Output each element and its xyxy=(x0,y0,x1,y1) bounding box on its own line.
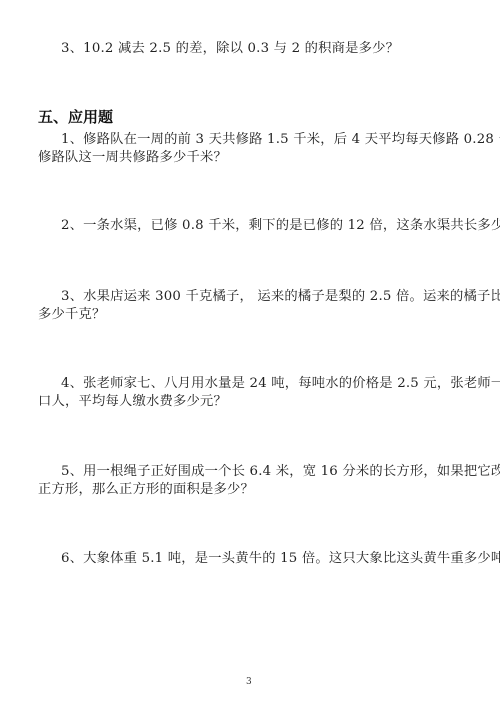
question-5-line-2: 正方形，那么正方形的面积是多少？ xyxy=(38,481,254,499)
question-3-line-1: 3、水果店运来 300 千克橘子， 运来的橘子是梨的 2.5 倍。运来的橘子比梨… xyxy=(61,288,500,306)
question-6-line-1: 6、大象体重 5.1 吨，是一头黄牛的 15 倍。这只大象比这头黄牛重多少吨？ xyxy=(61,550,500,568)
section-title: 五、应用题 xyxy=(38,106,113,127)
prev-question-3: 3、10.2 减去 2.5 的差，除以 0.3 与 2 的积商是多少？ xyxy=(61,40,399,58)
question-1-line-1: 1、修路队在一周的前 3 天共修路 1.5 千米，后 4 天平均每天修路 0.2… xyxy=(61,131,500,149)
question-4-line-2: 口人，平均每人缴水费多少元？ xyxy=(38,393,227,411)
question-1-line-2: 修路队这一周共修路多少千米？ xyxy=(38,149,227,167)
question-2-line-1: 2、一条水渠，已修 0.8 千米，剩下的是已修的 12 倍，这条水渠共长多少米？ xyxy=(61,217,500,235)
question-4-line-1: 4、张老师家七、八月用水量是 24 吨，每吨水的价格是 2.5 元，张老师一共三 xyxy=(61,375,500,393)
question-5-line-1: 5、用一根绳子正好围成一个长 6.4 米，宽 16 分米的长方形，如果把它改围成 xyxy=(61,463,500,481)
page-number: 3 xyxy=(246,677,252,687)
question-3-line-2: 多少千克？ xyxy=(38,306,105,324)
